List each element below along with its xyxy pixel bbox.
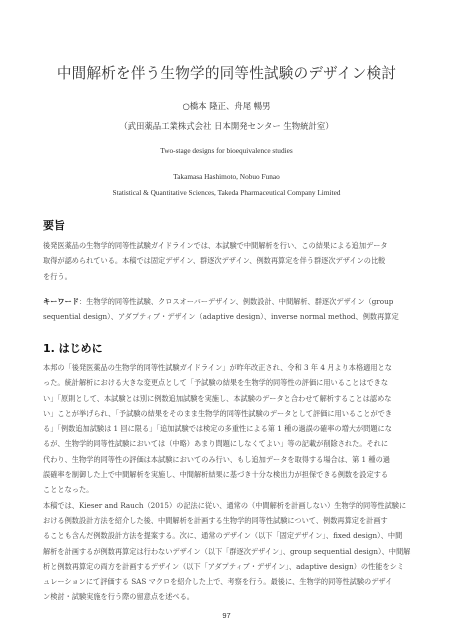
intro-line: おける例数設計方法を紹介した後、中間解析を計画する生物学的同等性試験について、例… <box>43 513 413 528</box>
abstract-body: 後発医薬品の生物学的同等性試験ガイドラインでは、本試験で中間解析を行い、この結果… <box>43 238 413 284</box>
intro-line: 本稿では、Kieser and Rauch（2015）の記法に従い、通常の（中間… <box>43 498 413 513</box>
paper-title-jp: 中間解析を伴う生物学的同等性試験のデザイン検討 <box>0 62 453 83</box>
introduction-body: 本邦の「後発医薬品の生物学的同等性試験ガイドライン」が昨年改正され、令和 3 年… <box>43 360 413 605</box>
intro-line: ュレーションにて評価する SAS マクロを紹介した上で、考察を行う。最後に、生物… <box>43 574 413 589</box>
intro-line: 析と例数再算定の両方を計画するデザイン（以下「アダプティブ・デザイン」、adap… <box>43 559 413 574</box>
page-number: 97 <box>0 611 453 620</box>
abstract-line: を行う。 <box>43 269 413 284</box>
introduction-heading: 1. はじめに <box>43 340 103 356</box>
intro-line: い」「原則として、本試験とは別に例数追加試験を実施し、本試験のデータと合わせて解… <box>43 391 413 406</box>
intro-line: こととなった。 <box>43 482 413 497</box>
affiliation-jp: （武田薬品工業株式会社 日本開発センター 生物統計室） <box>0 120 453 132</box>
intro-line: るが、生物学的同等性試験においては（中略）あまり問題にしなくてよい」等の記載が削… <box>43 436 413 451</box>
intro-line: ることも含んだ例数設計方法を提案する。次に、通常のデザイン（以下「固定デザイン」… <box>43 528 413 543</box>
intro-line: る」「例数追加試験は 1 回に限る」「追加試験では検定の多重性による第 1 種の… <box>43 421 413 436</box>
intro-line: った。統計解析における大きな変更点として「予試験の結果を生物学的同等性の評価に用… <box>43 375 413 390</box>
intro-line: 誤確率を制御した上で中間解析を実施し、中間解析結果に基づき十分な検出力が担保でき… <box>43 467 413 482</box>
intro-line: ン検討・試験実施を行う際の留意点を述べる。 <box>43 589 413 604</box>
intro-line: い」ことが挙げられ、「予試験の結果をそのまま生物学的同等性試験のデータとして評価… <box>43 406 413 421</box>
intro-line: 本邦の「後発医薬品の生物学的同等性試験ガイドライン」が昨年改正され、令和 3 年… <box>43 360 413 375</box>
authors-jp: ○橋本 隆正、舟尾 暢男 <box>0 100 453 112</box>
keywords-line: キーワード：生物学的同等性試験、クロスオーバーデザイン、例数設計、中間解析、群逐… <box>43 294 413 309</box>
paper-title-en: Two-stage designs for bioequivalence stu… <box>0 146 453 155</box>
intro-line: 解析を計画するが例数再算定は行わないデザイン（以下「群逐次デザイン」、group… <box>43 544 413 559</box>
paper-page: 中間解析を伴う生物学的同等性試験のデザイン検討 ○橋本 隆正、舟尾 暢男 （武田… <box>0 0 453 640</box>
affiliation-en: Statistical & Quantitative Sciences, Tak… <box>0 188 453 197</box>
abstract-line: 取得が認められている。本稿では固定デザイン、群逐次デザイン、例数再算定を伴う群逐… <box>43 253 413 268</box>
intro-line: 代わり、生物学的同等性の評価は本試験においてのみ行い、もし追加データを取得する場… <box>43 452 413 467</box>
keywords-label: キーワード <box>43 297 79 306</box>
abstract-heading: 要旨 <box>43 217 65 233</box>
keywords-line: sequential design）、アダプティブ・デザイン（adaptive … <box>43 309 413 324</box>
authors-en: Takamasa Hashimoto, Nobuo Funao <box>0 172 453 181</box>
abstract-line: 後発医薬品の生物学的同等性試験ガイドラインでは、本試験で中間解析を行い、この結果… <box>43 238 413 253</box>
keywords-block: キーワード：生物学的同等性試験、クロスオーバーデザイン、例数設計、中間解析、群逐… <box>43 294 413 325</box>
keywords-text: ：生物学的同等性試験、クロスオーバーデザイン、例数設計、中間解析、群逐次デザイン… <box>79 297 393 306</box>
